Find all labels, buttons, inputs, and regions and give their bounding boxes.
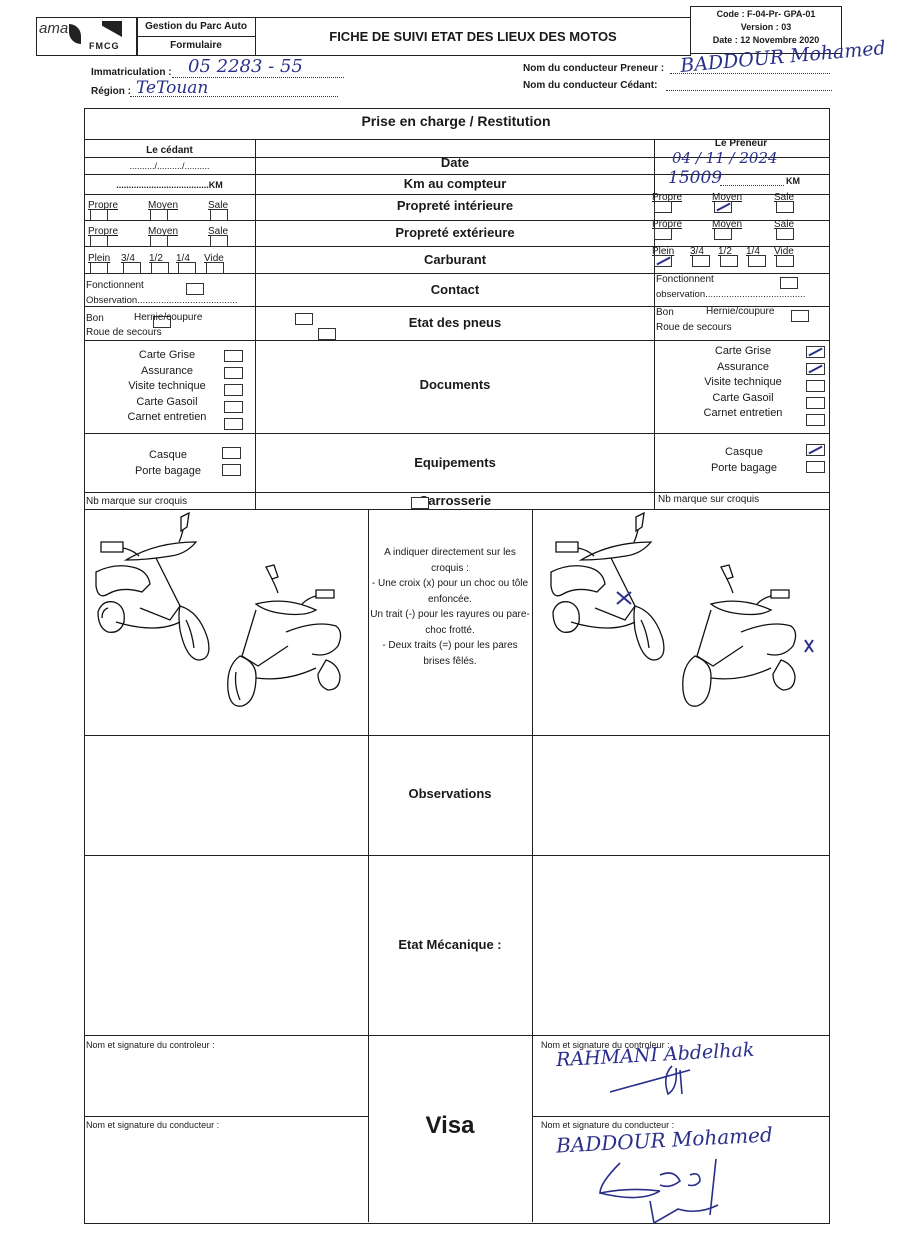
dept-label: Gestion du Parc Auto <box>137 18 255 36</box>
cedant-carburant-checkbox[interactable] <box>206 262 224 274</box>
cedant-bon-label: Bon <box>86 313 104 324</box>
scooter-icon <box>228 565 341 706</box>
cedant-roue-checkbox[interactable] <box>318 328 336 340</box>
scooter-sketch-preneur[interactable] <box>536 512 826 732</box>
doc-assurance: Assurance <box>100 364 234 380</box>
preneur-documents-list: Carte Grise Assurance Visite technique C… <box>676 344 810 422</box>
preneur-km-unit: KM <box>786 176 800 186</box>
preneur-carburant-option-1-2[interactable]: 1/2 <box>718 246 738 267</box>
cedant-prop_int-checkbox[interactable] <box>210 209 228 221</box>
preneur-observation[interactable]: observation.............................… <box>656 289 805 300</box>
equip-casque: Casque <box>696 445 792 461</box>
cedant-prop_ext-option-moyen[interactable]: Moyen <box>148 226 178 247</box>
cedant-nb-marque-checkbox[interactable] <box>411 497 429 509</box>
preneur-prop_ext-checkbox[interactable] <box>714 228 732 240</box>
preneur-carburant-option-plein[interactable]: Plein <box>652 246 674 267</box>
preneur-prop_int-checkbox[interactable] <box>714 201 732 213</box>
preneur-carburant-checkbox[interactable] <box>748 255 766 267</box>
page-title: FICHE DE SUIVI ETAT DES LIEUX DES MOTOS <box>256 18 690 55</box>
preneur-roue-label: Roue de secours <box>656 322 732 333</box>
preneur-assurance-checkbox[interactable] <box>806 363 825 375</box>
preneur-bon-checkbox[interactable] <box>791 310 809 322</box>
doc-carnet: Carnet entretien <box>676 406 810 422</box>
cedant-prop_ext-checkbox[interactable] <box>150 235 168 247</box>
row-contact: Contact <box>256 282 654 297</box>
doc-gasoil: Carte Gasoil <box>100 395 234 411</box>
damage-cross-icon <box>617 592 631 604</box>
row-prop-ext: Propreté extérieure <box>256 225 654 240</box>
preneur-carnet-checkbox[interactable] <box>806 414 825 426</box>
preneur-prop_ext-option-sale[interactable]: Sale <box>774 219 794 240</box>
preneur-prop_int-option-moyen[interactable]: Moyen <box>712 192 742 213</box>
cedant-carburant-checkbox[interactable] <box>90 262 108 274</box>
controleur-signature-icon <box>610 1060 700 1100</box>
preneur-equipements-boxes <box>806 444 825 478</box>
header-dept-box: Gestion du Parc Auto <box>136 17 256 37</box>
doc-visite: Visite technique <box>676 375 810 391</box>
cedant-hernie-checkbox[interactable] <box>295 313 313 325</box>
fmcg-logo-icon <box>102 21 122 37</box>
fmcg-logo: FMCG <box>89 41 120 51</box>
cedant-fonctionnent-checkbox[interactable] <box>186 283 204 295</box>
cedant-label: Nom du conducteur Cédant: <box>523 80 657 91</box>
preneur-carburant-checkbox[interactable] <box>692 255 710 267</box>
cedant-equipements-boxes <box>222 447 241 481</box>
header-title-box: FICHE DE SUIVI ETAT DES LIEUX DES MOTOS <box>255 17 691 56</box>
preneur-prop_ext-checkbox[interactable] <box>776 228 794 240</box>
preneur-prop_ext-option-propre[interactable]: Propre <box>652 219 682 240</box>
cedant-prop_int-option-moyen[interactable]: Moyen <box>148 200 178 221</box>
doc-code: Code : F-04-Pr- GPA-01 <box>691 9 841 19</box>
cedant-prop_ext-checkbox[interactable] <box>90 235 108 247</box>
doc-carte-grise: Carte Grise <box>676 344 810 360</box>
row-pneus: Etat des pneus <box>256 315 654 330</box>
sketch-instructions: A indiquer directement sur les croquis :… <box>370 545 530 669</box>
scooter-icon <box>96 513 209 660</box>
table-title: Prise en charge / Restitution <box>84 113 828 129</box>
row-prop-int: Propreté intérieure <box>256 198 654 213</box>
region-value[interactable]: TeTouan <box>136 78 208 98</box>
preneur-carburant-option-vide[interactable]: Vide <box>774 246 794 267</box>
preneur-carte-grise-checkbox[interactable] <box>806 346 825 358</box>
scooter-sketch-cedant[interactable] <box>86 512 366 732</box>
equip-porte-bagage: Porte bagage <box>696 461 792 477</box>
cedant-equipements-list: Casque Porte bagage <box>120 448 216 479</box>
preneur-carburant-option-3-4[interactable]: 3/4 <box>690 246 710 267</box>
cedant-dotted[interactable] <box>666 90 832 91</box>
preneur-visite-checkbox[interactable] <box>806 380 825 392</box>
header-type-box: Formulaire <box>136 36 256 56</box>
cedant-carburant-option-plein[interactable]: Plein <box>88 253 110 274</box>
cedant-controleur-label: Nom et signature du controleur : <box>86 1040 215 1050</box>
preneur-nb-marque-label: Nb marque sur croquis <box>658 494 759 505</box>
visa-label: Visa <box>368 1112 532 1140</box>
cedant-fonctionnent-label: Fonctionnent <box>86 280 144 291</box>
preneur-bon-label: Bon <box>656 307 674 318</box>
cedant-km[interactable]: .....................................KM <box>84 180 255 190</box>
cedant-assurance-checkbox[interactable] <box>224 367 243 379</box>
preneur-date[interactable]: 04 / 11 / 2024 <box>672 149 778 167</box>
cedant-header: Le cédant <box>84 145 255 156</box>
mecanique-label: Etat Mécanique : <box>368 937 532 952</box>
preneur-gasoil-checkbox[interactable] <box>806 397 825 409</box>
cedant-prop_int-checkbox[interactable] <box>150 209 168 221</box>
preneur-documents-boxes <box>806 346 825 431</box>
immat-label: Immatriculation : <box>91 67 172 78</box>
cedant-casque-checkbox[interactable] <box>222 447 241 459</box>
cedant-carnet-checkbox[interactable] <box>224 418 243 430</box>
row-date: Date <box>256 155 654 170</box>
cedant-porte-bagage-checkbox[interactable] <box>222 464 241 476</box>
preneur-carburant-checkbox[interactable] <box>720 255 738 267</box>
doc-version: Version : 03 <box>691 22 841 32</box>
cedant-carte-grise-checkbox[interactable] <box>224 350 243 362</box>
scooter-icon <box>551 513 664 660</box>
row-equipements: Equipements <box>256 455 654 470</box>
row-carburant: Carburant <box>256 252 654 267</box>
immat-value[interactable]: 05 2283 - 55 <box>188 56 303 77</box>
cedant-prop_ext-checkbox[interactable] <box>210 235 228 247</box>
doc-visite: Visite technique <box>100 379 234 395</box>
cedant-carburant-checkbox[interactable] <box>123 262 141 274</box>
cedant-date[interactable]: ........../........../.......... <box>84 161 255 171</box>
cedant-carburant-option-1-2[interactable]: 1/2 <box>149 253 169 274</box>
cedant-prop_int-checkbox[interactable] <box>90 209 108 221</box>
cedant-carburant-option-1-4[interactable]: 1/4 <box>176 253 196 274</box>
preneur-casque-checkbox[interactable] <box>806 444 825 456</box>
doc-gasoil: Carte Gasoil <box>676 391 810 407</box>
preneur-carburant-checkbox[interactable] <box>776 255 794 267</box>
preneur-prop_int-checkbox[interactable] <box>776 201 794 213</box>
cedant-prop_ext-option-sale[interactable]: Sale <box>208 226 228 247</box>
conducteur-signature-icon <box>590 1155 730 1225</box>
cedant-visite-checkbox[interactable] <box>224 384 243 396</box>
observations-label: Observations <box>368 786 532 801</box>
preneur-fonctionnent-checkbox[interactable] <box>780 277 798 289</box>
doc-carnet: Carnet entretien <box>100 410 234 426</box>
cedant-carburant-option-3-4[interactable]: 3/4 <box>121 253 141 274</box>
cedant-roue-label: Roue de secours <box>86 327 162 338</box>
preneur-prop_int-option-sale[interactable]: Sale <box>774 192 794 213</box>
region-label: Région : <box>91 86 131 97</box>
row-documents: Documents <box>256 377 654 392</box>
preneur-prop_ext-checkbox[interactable] <box>654 228 672 240</box>
doc-carte-grise: Carte Grise <box>100 348 234 364</box>
cedant-nb-marque-label: Nb marque sur croquis <box>86 496 187 507</box>
preneur-hernie-label: Hernie/coupure <box>706 306 774 317</box>
cedant-hernie-label: Hernie/coupure <box>134 312 202 323</box>
cedant-documents-list: Carte Grise Assurance Visite technique C… <box>100 348 234 426</box>
damage-cross-icon <box>805 640 813 652</box>
equip-casque: Casque <box>120 448 216 464</box>
preneur-fonctionnent-label: Fonctionnent <box>656 274 714 285</box>
observations-cedant-area[interactable] <box>85 736 367 854</box>
preneur-prop_int-option-propre[interactable]: Propre <box>652 192 682 213</box>
equip-porte-bagage: Porte bagage <box>120 464 216 480</box>
doc-assurance: Assurance <box>676 360 810 376</box>
preneur-km[interactable]: 15009 <box>668 168 722 188</box>
preneur-carburant-option-1-4[interactable]: 1/4 <box>746 246 766 267</box>
preneur-prop_int-checkbox[interactable] <box>654 201 672 213</box>
preneur-equipements-list: Casque Porte bagage <box>696 445 792 476</box>
leaf-icon <box>69 24 81 44</box>
cedant-gasoil-checkbox[interactable] <box>224 401 243 413</box>
mecanique-preneur-area[interactable] <box>533 856 827 1034</box>
row-km: Km au compteur <box>256 176 654 191</box>
cedant-carburant-checkbox[interactable] <box>178 262 196 274</box>
cedant-prop_int-option-propre[interactable]: Propre <box>88 200 118 221</box>
row-carrosserie: Carrosserie <box>256 493 654 508</box>
observations-preneur-area[interactable] <box>533 736 827 854</box>
cedant-prop_int-option-sale[interactable]: Sale <box>208 200 228 221</box>
doc-type-label: Formulaire <box>137 37 255 55</box>
preneur-porte-bagage-checkbox[interactable] <box>806 461 825 473</box>
scooter-icon <box>683 565 796 706</box>
preneur-header: Le Preneur <box>654 138 828 149</box>
preneur-carburant-checkbox[interactable] <box>654 255 672 267</box>
mecanique-cedant-area[interactable] <box>85 856 367 1034</box>
preneur-prop_ext-option-moyen[interactable]: Moyen <box>712 219 742 240</box>
preneur-label: Nom du conducteur Preneur : <box>523 63 664 74</box>
cedant-carburant-option-vide[interactable]: Vide <box>204 253 224 274</box>
cedant-conducteur-label: Nom et signature du conducteur : <box>86 1120 219 1130</box>
cedant-documents-boxes <box>224 350 243 435</box>
cedant-observation[interactable]: Observation.............................… <box>86 295 238 306</box>
cedant-prop_ext-option-propre[interactable]: Propre <box>88 226 118 247</box>
header-logo-box: ama FMCG <box>36 17 138 56</box>
cedant-carburant-checkbox[interactable] <box>151 262 169 274</box>
ama-logo: ama <box>39 20 68 37</box>
